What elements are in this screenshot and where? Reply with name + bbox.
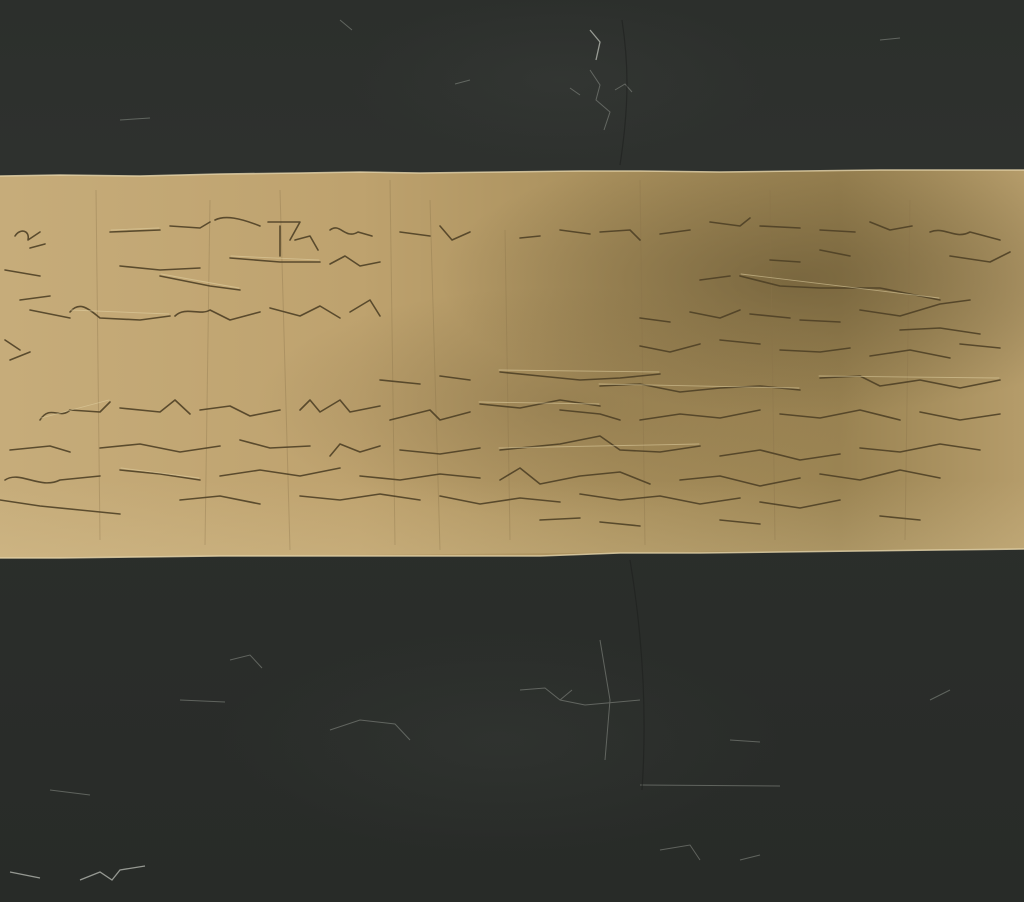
gold-band [0, 0, 1024, 902]
painting-canvas [0, 0, 1024, 902]
